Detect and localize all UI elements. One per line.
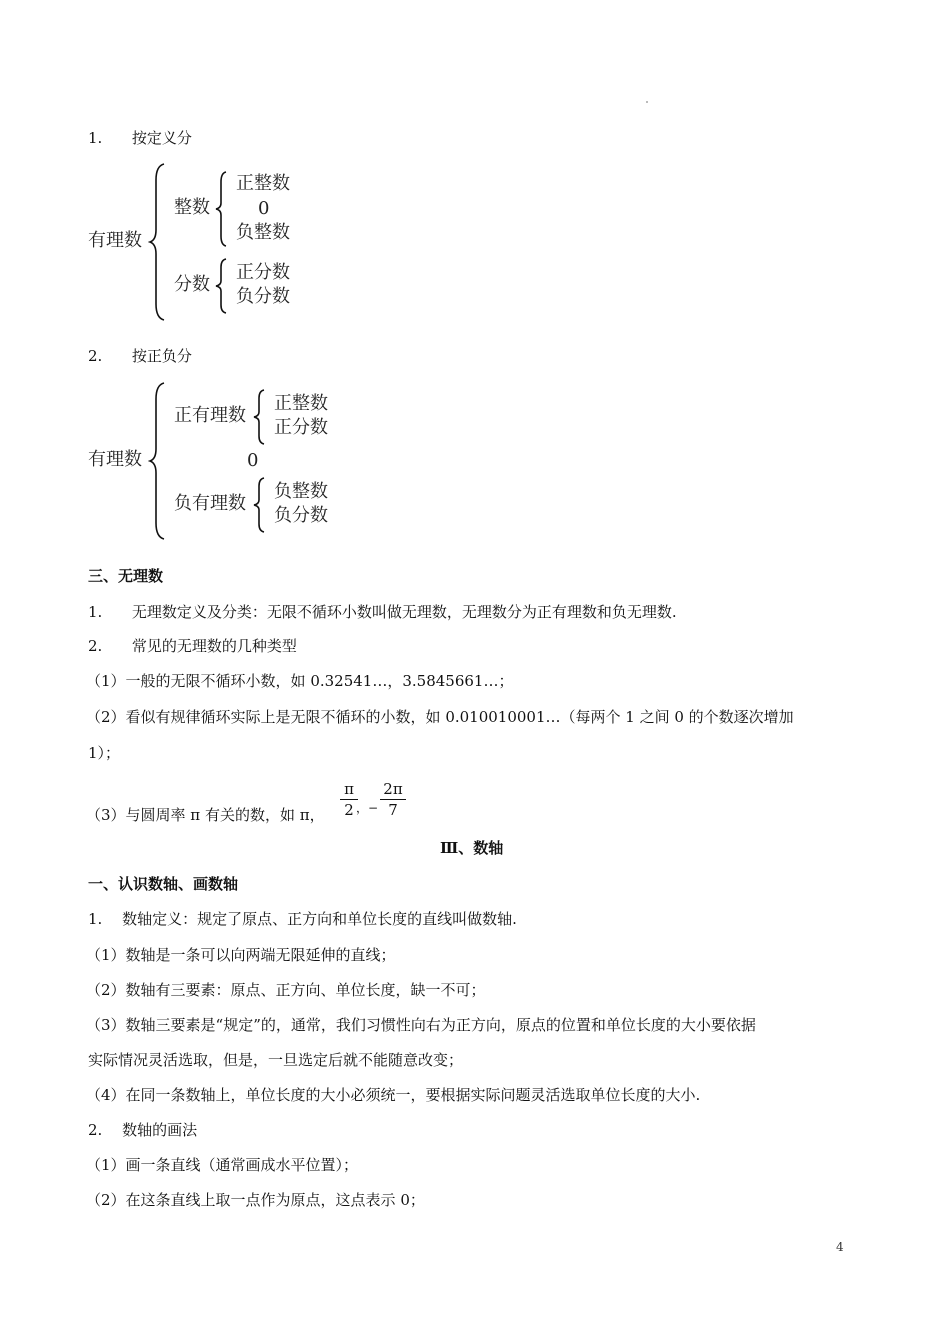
tree1-heading: 1. 按定义分 <box>88 128 192 148</box>
section3-item-1: 1. 无理数定义及分类：无限不循环小数叫做无理数，无理数分为正有理数和负无理数. <box>88 602 677 622</box>
tree1-item-positive-fraction: 正分数 <box>236 261 290 285</box>
tree2-item-negative-fraction: 负分数 <box>274 504 328 528</box>
section3-sub-2-cont: 1）； <box>88 743 120 763</box>
tree1-item-positive-integer: 正整数 <box>236 172 290 196</box>
section3-item-1-text: 无理数定义及分类：无限不循环小数叫做无理数，无理数分为正有理数和负无理数. <box>132 603 677 621</box>
tree2-zero: 0 <box>247 449 258 473</box>
section1-line-3: （2）数轴有三要素：原点、正方向、单位长度，缺一不可； <box>86 980 486 1000</box>
tree2-item-positive-integer: 正整数 <box>274 392 328 416</box>
section1-line-2: （1）数轴是一条可以向两端无限延伸的直线； <box>86 945 396 965</box>
section3-sub-1: （1）一般的无限不循环小数，如 0.32541…，3.5845661…； <box>86 671 513 691</box>
section1-line-7: 2. 数轴的画法 <box>88 1120 197 1140</box>
tree1-group-integer-label: 整数 <box>174 196 210 220</box>
section3-item-2-text: 常见的无理数的几种类型 <box>132 637 297 655</box>
section1-line-1: 1. 数轴定义：规定了原点、正方向和单位长度的直线叫做数轴. <box>88 909 517 929</box>
chapter-title: Ⅲ、数轴 <box>440 838 503 858</box>
fraction-pi-over-2-numerator: π <box>340 780 358 798</box>
tree2-heading-num: 2. <box>88 347 102 365</box>
section1-line-9: （2）在这条直线上取一点作为原点，这点表示 0； <box>86 1190 425 1210</box>
tree2-negative-brace <box>252 476 268 534</box>
tree1-fraction-brace <box>214 257 230 315</box>
section3-title: 三、无理数 <box>88 566 163 586</box>
section1-line-8: （1）画一条直线（通常画成水平位置）； <box>86 1155 358 1175</box>
tree2-heading-text: 按正负分 <box>132 347 192 365</box>
section1-line-4: （3）数轴三要素是“规定”的，通常，我们习惯性向右为正方向，原点的位置和单位长度… <box>86 1015 756 1035</box>
section3-sub-2: （2）看似有规律循环实际上是无限不循环的小数，如 0.010010001…（每两… <box>86 707 794 727</box>
tree2-root: 有理数 <box>88 448 142 472</box>
tree2-group-negative-label: 负有理数 <box>174 492 246 516</box>
tree1-integer-brace <box>214 170 230 248</box>
tree2-heading: 2. 按正负分 <box>88 346 192 366</box>
tree2-root-brace <box>148 381 168 541</box>
tree2-positive-brace <box>252 388 268 446</box>
tree2-item-positive-fraction: 正分数 <box>274 416 328 440</box>
tree1-item-negative-integer: 负整数 <box>236 221 290 245</box>
page-number: 4 <box>836 1240 844 1254</box>
section3-item-1-num: 1. <box>88 603 102 621</box>
tree1-root-brace <box>148 162 168 322</box>
section3-item-2-num: 2. <box>88 637 102 655</box>
fraction-2pi-over-7-denominator: 7 <box>380 801 406 819</box>
section1-title: 一、认识数轴、画数轴 <box>88 874 238 894</box>
section1-line-5: 实际情况灵活选取，但是，一旦选定后就不能随意改变； <box>88 1050 463 1070</box>
fraction-2pi-over-7: 2π 7 <box>380 780 406 819</box>
section3-item-2: 2. 常见的无理数的几种类型 <box>88 636 297 656</box>
section1-line-6: （4）在同一条数轴上，单位长度的大小必须统一，要根据实际问题灵活选取单位长度的大… <box>86 1085 700 1105</box>
tree1-root: 有理数 <box>88 229 142 253</box>
tree2-item-negative-integer: 负整数 <box>274 480 328 504</box>
fraction-2pi-over-7-numerator: 2π <box>380 780 406 798</box>
tree1-item-negative-fraction: 负分数 <box>236 285 290 309</box>
tree1-item-zero: 0 <box>258 197 269 221</box>
fraction-separator: ，− <box>356 798 378 818</box>
tree1-group-fraction-label: 分数 <box>174 273 210 297</box>
tree2-group-positive-label: 正有理数 <box>174 404 246 428</box>
tree1-heading-text: 按定义分 <box>132 129 192 147</box>
tree1-heading-num: 1. <box>88 129 102 147</box>
stray-mark <box>646 101 648 103</box>
section3-sub-3: （3）与圆周率 π 有关的数，如 π， <box>86 805 325 825</box>
